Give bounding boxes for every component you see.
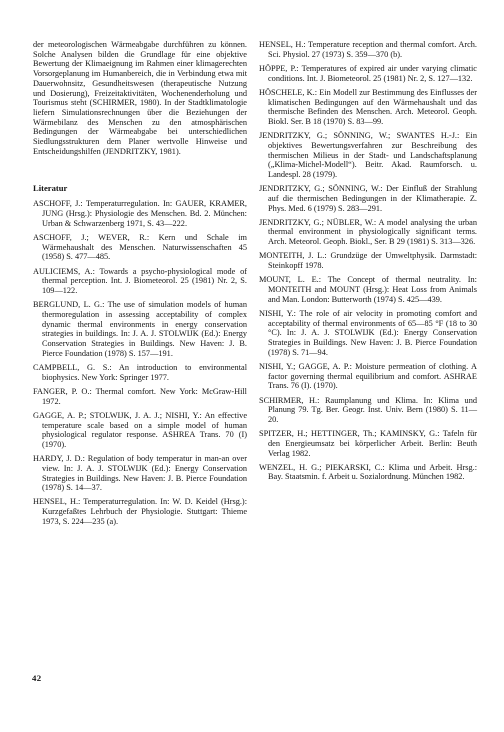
reference-item: ASCHOFF, J.; WEVER, R.: Kern und Schale … — [33, 233, 247, 262]
reference-item: FANGER, P. O.: Thermal comfort. New York… — [33, 387, 247, 406]
references-left: ASCHOFF, J.: Temperaturregulation. In: G… — [33, 199, 247, 526]
reference-item: MOUNT, L. E.: The Concept of thermal neu… — [259, 275, 477, 304]
reference-item: HENSEL, H.: Temperaturregulation. In: W.… — [33, 497, 247, 526]
reference-item: WENZEL, H. G.; PIEKARSKI, C.: Klima und … — [259, 463, 477, 482]
literature-heading: Literatur — [33, 183, 247, 193]
document-page: der meteorologischen Wärmeabgabe durchfü… — [0, 0, 504, 732]
reference-item: HARDY, J. D.: Regulation of body tempera… — [33, 454, 247, 493]
reference-item: SCHIRMER, H.: Raumplanung und Klima. In:… — [259, 396, 477, 425]
left-column: der meteorologischen Wärmeabgabe durchfü… — [33, 40, 247, 531]
reference-item: NISHI, Y.; GAGGE, A. P.: Moisture permea… — [259, 362, 477, 391]
reference-item: MONTEITH, J. L.: Grundzüge der Umweltphy… — [259, 251, 477, 270]
reference-item: HÖPPE, P.: Temperatures of expired air u… — [259, 64, 477, 83]
page-number: 42 — [32, 673, 41, 683]
reference-item: JENDRITZKY, G.; SÖNNING, W.: Der Einfluß… — [259, 184, 477, 213]
intro-paragraph: der meteorologischen Wärmeabgabe durchfü… — [33, 40, 247, 156]
reference-item: ASCHOFF, J.: Temperaturregulation. In: G… — [33, 199, 247, 228]
reference-item: CAMPBELL, G. S.: An introduction to envi… — [33, 363, 247, 382]
reference-item: BERGLUND, L. G.: The use of simulation m… — [33, 300, 247, 358]
reference-item: JENDRITZKY, G.; SÖNNING, W.; SWANTES H.-… — [259, 131, 477, 180]
reference-item: GAGGE, A. P.; STOLWIJK, J. A. J.; NISHI,… — [33, 411, 247, 450]
reference-item: SPITZER, H.; HETTINGER, Th.; KAMINSKY, G… — [259, 429, 477, 458]
two-column-layout: der meteorologischen Wärmeabgabe durchfü… — [33, 40, 477, 531]
reference-item: HENSEL, H.: Temperature reception and th… — [259, 40, 477, 59]
reference-item: JENDRITZKY, G.; NÜBLER, W.: A model anal… — [259, 218, 477, 247]
reference-item: HÖSCHELE, K.: Ein Modell zur Bestimmung … — [259, 88, 477, 127]
reference-item: AULICIEMS, A.: Towards a psycho-physiolo… — [33, 267, 247, 296]
right-column: HENSEL, H.: Temperature reception and th… — [259, 40, 477, 531]
reference-item: NISHI, Y.: The role of air velocity in p… — [259, 309, 477, 358]
references-right: HENSEL, H.: Temperature reception and th… — [259, 40, 477, 482]
